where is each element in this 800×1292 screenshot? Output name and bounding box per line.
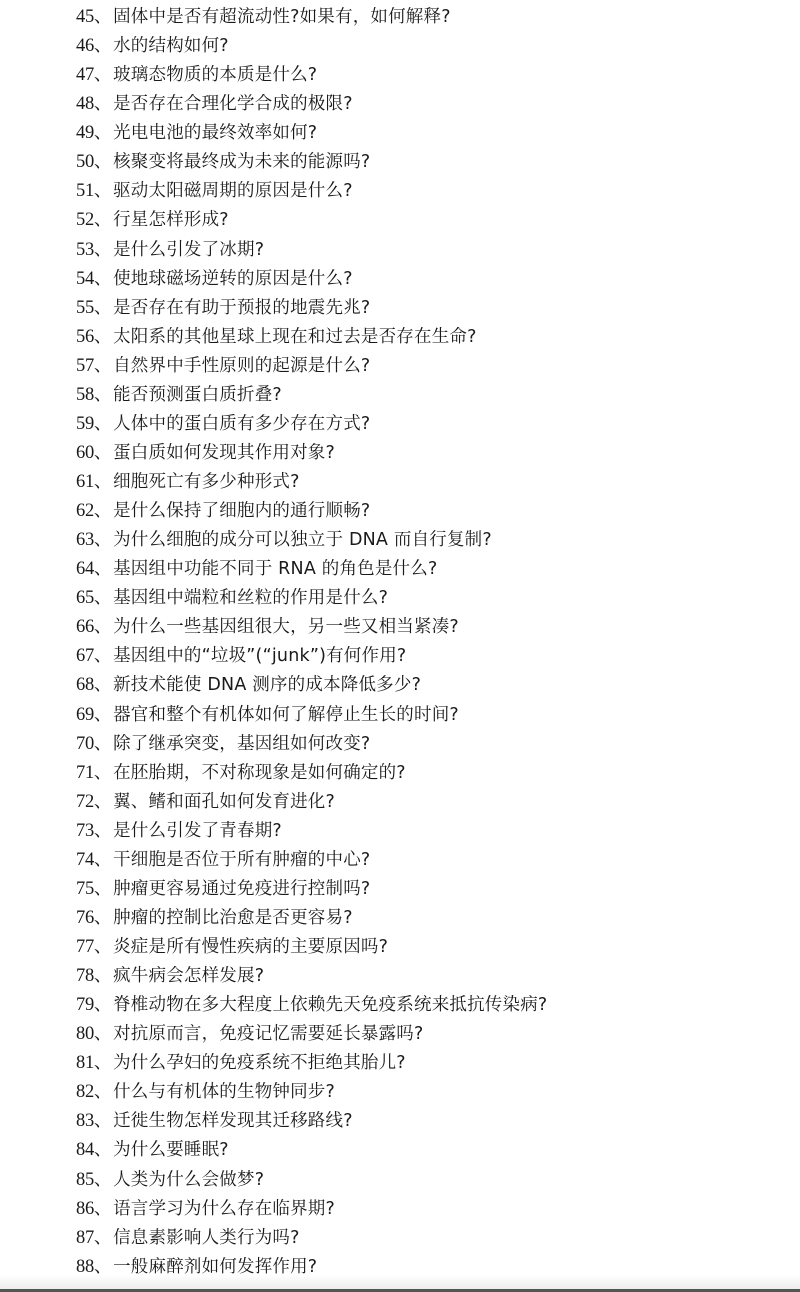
question-separator: 、 [94,733,112,754]
question-separator: 、 [94,355,112,376]
question-separator: 、 [94,1081,112,1102]
question-item: 49、光电电池的最终效率如何? [76,118,547,147]
question-number: 65 [76,588,94,608]
question-number: 60 [76,443,94,463]
question-text: 基因组中端粒和丝粒的作用是什么? [113,588,388,608]
question-separator: 、 [94,326,112,347]
question-item: 55、是否存在有助于预报的地震先兆? [76,293,547,322]
question-text: 在胚胎期，不对称现象是如何确定的? [113,763,406,783]
question-separator: 、 [94,268,112,289]
question-number: 53 [76,240,94,260]
question-item: 75、肿瘤更容易通过免疫进行控制吗? [76,874,547,903]
question-number: 54 [76,269,94,289]
question-item: 46、水的结构如何? [76,31,547,60]
question-item: 82、什么与有机体的生物钟同步? [76,1077,547,1106]
question-text: 干细胞是否位于所有肿瘤的中心? [113,850,370,870]
document-page: 45、固体中是否有超流动性?如果有，如何解释? 46、水的结构如何? 47、玻璃… [0,0,800,1292]
question-number: 63 [76,530,94,550]
question-text: 肿瘤更容易通过免疫进行控制吗? [113,879,370,899]
question-separator: 、 [94,297,112,318]
question-number: 80 [76,1024,94,1044]
question-number: 86 [76,1199,94,1219]
question-separator: 、 [94,442,112,463]
question-item: 70、除了继承突变，基因组如何改变? [76,729,547,758]
question-number: 69 [76,705,94,725]
question-number: 57 [76,356,94,376]
question-item: 79、脊椎动物在多大程度上依赖先天免疫系统来抵抗传染病? [76,990,547,1019]
question-separator: 、 [94,6,112,27]
question-number: 85 [76,1170,94,1190]
question-text: 炎症是所有慢性疾病的主要原因吗? [113,937,388,957]
question-text: 什么与有机体的生物钟同步? [113,1082,335,1102]
question-text: 基因组中功能不同于 RNA 的角色是什么? [113,559,437,579]
question-number: 70 [76,734,94,754]
question-item: 61、细胞死亡有多少种形式? [76,467,547,496]
question-separator: 、 [94,122,112,143]
question-number: 76 [76,908,94,928]
question-item: 78、疯牛病会怎样发展? [76,961,547,990]
question-text: 除了继承突变，基因组如何改变? [113,734,370,754]
question-number: 45 [76,7,94,27]
question-text: 是什么引发了青春期? [113,821,282,841]
question-number: 71 [76,763,94,783]
question-number: 48 [76,94,94,114]
question-text: 细胞死亡有多少种形式? [113,472,300,492]
question-separator: 、 [94,1227,112,1248]
question-separator: 、 [94,1198,112,1219]
question-number: 51 [76,181,94,201]
question-separator: 、 [94,849,112,870]
question-separator: 、 [94,1169,112,1190]
question-item: 53、是什么引发了冰期? [76,235,547,264]
question-text: 是否存在合理化学合成的极限? [113,94,353,114]
question-text: 翼、鳍和面孔如何发育进化? [113,792,335,812]
question-text: 信息素影响人类行为吗? [113,1228,300,1248]
question-text: 为什么细胞的成分可以独立于 DNA 而自行复制? [113,530,492,550]
question-item: 57、自然界中手性原则的起源是什么? [76,351,547,380]
question-list: 45、固体中是否有超流动性?如果有，如何解释? 46、水的结构如何? 47、玻璃… [76,2,547,1281]
question-number: 83 [76,1111,94,1131]
question-number: 50 [76,152,94,172]
question-separator: 、 [94,239,112,260]
question-separator: 、 [94,180,112,201]
question-item: 51、驱动太阳磁周期的原因是什么? [76,176,547,205]
question-text: 肿瘤的控制比治愈是否更容易? [113,908,353,928]
question-item: 69、器官和整个有机体如何了解停止生长的时间? [76,700,547,729]
question-separator: 、 [94,209,112,230]
question-separator: 、 [94,64,112,85]
question-text: 基因组中的“垃圾”(“junk”)有何作用? [113,646,406,666]
question-separator: 、 [94,1023,112,1044]
question-item: 67、基因组中的“垃圾”(“junk”)有何作用? [76,641,547,670]
question-text: 能否预测蛋白质折叠? [113,385,282,405]
question-number: 55 [76,298,94,318]
question-number: 87 [76,1228,94,1248]
question-separator: 、 [94,500,112,521]
question-separator: 、 [94,151,112,172]
question-separator: 、 [94,384,112,405]
question-separator: 、 [94,529,112,550]
question-text: 是否存在有助于预报的地震先兆? [113,298,370,318]
question-number: 78 [76,966,94,986]
question-separator: 、 [94,820,112,841]
question-text: 是什么保持了细胞内的通行顺畅? [113,501,370,521]
question-text: 驱动太阳磁周期的原因是什么? [113,181,353,201]
question-number: 49 [76,123,94,143]
question-item: 52、行星怎样形成? [76,205,547,234]
question-item: 47、玻璃态物质的本质是什么? [76,60,547,89]
question-number: 47 [76,65,94,85]
question-number: 82 [76,1082,94,1102]
question-item: 68、新技术能使 DNA 测序的成本降低多少? [76,670,547,699]
question-text: 太阳系的其他星球上现在和过去是否存在生命? [113,327,477,347]
question-item: 86、语言学习为什么存在临界期? [76,1194,547,1223]
question-number: 84 [76,1140,94,1160]
question-separator: 、 [94,1256,112,1277]
question-item: 85、人类为什么会做梦? [76,1165,547,1194]
question-item: 62、是什么保持了细胞内的通行顺畅? [76,496,547,525]
question-item: 56、太阳系的其他星球上现在和过去是否存在生命? [76,322,547,351]
question-number: 64 [76,559,94,579]
question-separator: 、 [94,1139,112,1160]
question-text: 器官和整个有机体如何了解停止生长的时间? [113,705,459,725]
question-separator: 、 [94,936,112,957]
question-text: 核聚变将最终成为未来的能源吗? [113,152,370,172]
question-number: 58 [76,385,94,405]
question-text: 光电电池的最终效率如何? [113,123,317,143]
question-text: 是什么引发了冰期? [113,240,264,260]
question-separator: 、 [94,762,112,783]
question-separator: 、 [94,558,112,579]
question-separator: 、 [94,965,112,986]
question-separator: 、 [94,1052,112,1073]
question-item: 63、为什么细胞的成分可以独立于 DNA 而自行复制? [76,525,547,554]
question-text: 为什么要睡眠? [113,1140,229,1160]
bottom-shadow [0,1275,800,1289]
question-number: 75 [76,879,94,899]
question-number: 66 [76,617,94,637]
question-item: 87、信息素影响人类行为吗? [76,1223,547,1252]
question-number: 68 [76,675,94,695]
question-number: 79 [76,995,94,1015]
question-item: 83、迁徙生物怎样发现其迁移路线? [76,1106,547,1135]
question-item: 54、使地球磁场逆转的原因是什么? [76,264,547,293]
question-separator: 、 [94,35,112,56]
question-text: 语言学习为什么存在临界期? [113,1199,335,1219]
question-text: 固体中是否有超流动性?如果有，如何解释? [113,7,451,27]
question-text: 蛋白质如何发现其作用对象? [113,443,335,463]
question-item: 81、为什么孕妇的免疫系统不拒绝其胎儿? [76,1048,547,1077]
question-separator: 、 [94,93,112,114]
question-text: 一般麻醉剂如何发挥作用? [113,1257,317,1277]
question-text: 使地球磁场逆转的原因是什么? [113,269,353,289]
question-text: 自然界中手性原则的起源是什么? [113,356,370,376]
question-text: 疯牛病会怎样发展? [113,966,264,986]
question-item: 71、在胚胎期，不对称现象是如何确定的? [76,758,547,787]
question-item: 59、人体中的蛋白质有多少存在方式? [76,409,547,438]
question-number: 59 [76,414,94,434]
question-text: 迁徙生物怎样发现其迁移路线? [113,1111,353,1131]
question-number: 52 [76,210,94,230]
question-separator: 、 [94,878,112,899]
question-separator: 、 [94,645,112,666]
question-item: 84、为什么要睡眠? [76,1135,547,1164]
question-text: 玻璃态物质的本质是什么? [113,65,317,85]
question-separator: 、 [94,471,112,492]
question-number: 72 [76,792,94,812]
question-separator: 、 [94,413,112,434]
question-item: 66、为什么一些基因组很大，另一些又相当紧凑? [76,612,547,641]
question-number: 77 [76,937,94,957]
question-number: 74 [76,850,94,870]
question-separator: 、 [94,907,112,928]
question-text: 人类为什么会做梦? [113,1170,264,1190]
question-item: 76、肿瘤的控制比治愈是否更容易? [76,903,547,932]
question-number: 88 [76,1257,94,1277]
question-item: 80、对抗原而言，免疫记忆需要延长暴露吗? [76,1019,547,1048]
question-separator: 、 [94,994,112,1015]
question-text: 为什么孕妇的免疫系统不拒绝其胎儿? [113,1053,406,1073]
question-text: 新技术能使 DNA 测序的成本降低多少? [113,675,421,695]
question-text: 对抗原而言，免疫记忆需要延长暴露吗? [113,1024,423,1044]
question-text: 为什么一些基因组很大，另一些又相当紧凑? [113,617,459,637]
question-text: 人体中的蛋白质有多少存在方式? [113,414,370,434]
question-separator: 、 [94,791,112,812]
question-item: 73、是什么引发了青春期? [76,816,547,845]
question-item: 58、能否预测蛋白质折叠? [76,380,547,409]
question-item: 48、是否存在合理化学合成的极限? [76,89,547,118]
question-separator: 、 [94,587,112,608]
question-number: 62 [76,501,94,521]
question-separator: 、 [94,704,112,725]
question-item: 65、基因组中端粒和丝粒的作用是什么? [76,583,547,612]
question-text: 水的结构如何? [113,36,229,56]
question-item: 64、基因组中功能不同于 RNA 的角色是什么? [76,554,547,583]
question-item: 72、翼、鳍和面孔如何发育进化? [76,787,547,816]
question-separator: 、 [94,674,112,695]
question-number: 56 [76,327,94,347]
question-item: 45、固体中是否有超流动性?如果有，如何解释? [76,2,547,31]
question-number: 46 [76,36,94,56]
question-separator: 、 [94,616,112,637]
question-text: 脊椎动物在多大程度上依赖先天免疫系统来抵抗传染病? [113,995,547,1015]
question-item: 60、蛋白质如何发现其作用对象? [76,438,547,467]
question-separator: 、 [94,1110,112,1131]
question-item: 77、炎症是所有慢性疾病的主要原因吗? [76,932,547,961]
question-number: 73 [76,821,94,841]
question-text: 行星怎样形成? [113,210,229,230]
question-number: 61 [76,472,94,492]
question-number: 81 [76,1053,94,1073]
question-item: 74、干细胞是否位于所有肿瘤的中心? [76,845,547,874]
question-number: 67 [76,646,94,666]
question-item: 50、核聚变将最终成为未来的能源吗? [76,147,547,176]
